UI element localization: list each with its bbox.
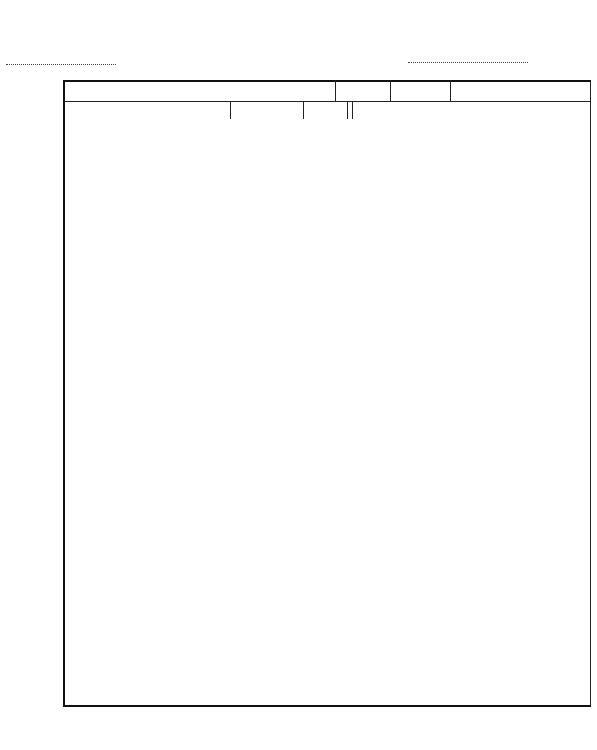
form-frame [63,80,591,707]
state-no [408,55,528,66]
local-no-value [6,64,116,65]
local-no [6,56,116,68]
